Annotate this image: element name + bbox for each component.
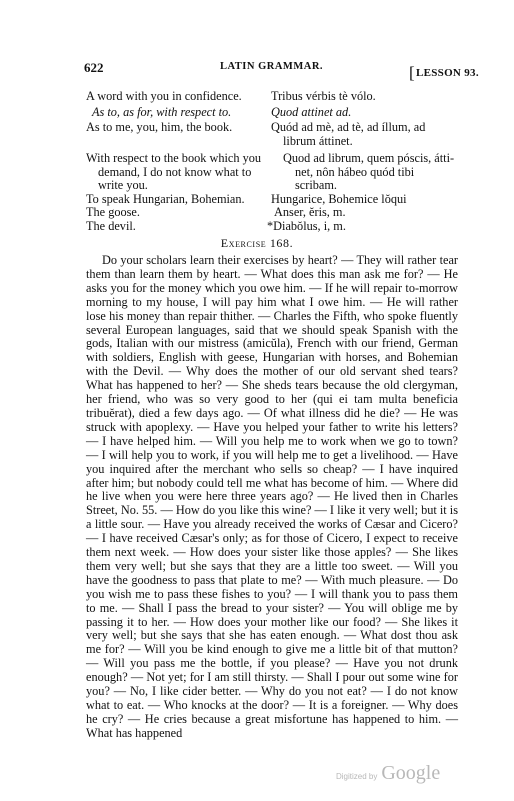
vocab-row: The devil. *Diabŏlus, i, m. — [86, 220, 458, 234]
watermark-prefix: Digitized by — [336, 772, 377, 781]
bracket-glyph: [ — [409, 63, 415, 82]
vocab-row: A word with you in confidence. Tribus vé… — [86, 90, 458, 104]
vocab-latin: Quod ad librum, quem póscis, átti-net, n… — [283, 152, 458, 193]
vocab-row: To speak Hungarian, Bohemian. Hungarice,… — [86, 193, 458, 207]
vocab-row: As to, as for, with respect to. Quod att… — [86, 106, 458, 120]
vocab-row: The goose. Anser, ĕris, m. — [86, 206, 458, 220]
vocab-latin: Quod attinet ad. — [271, 106, 458, 120]
running-title: LATIN GRAMMAR. — [220, 61, 323, 72]
book-page: 622 LATIN GRAMMAR. [LESSON 93. A word wi… — [0, 0, 514, 801]
vocab-english: As to me, you, him, the book. — [86, 121, 271, 148]
vocab-latin: Tribus vérbis tè vólo. — [271, 90, 458, 104]
lesson-number: LESSON 93. — [416, 67, 479, 79]
vocab-latin: Quód ad mè, ad tè, ad íllum, ad librum á… — [271, 121, 458, 148]
vocabulary-list: A word with you in confidence. Tribus vé… — [86, 90, 458, 233]
vocab-latin: *Diabŏlus, i, m. — [267, 220, 458, 234]
vocab-row: With respect to the book which you deman… — [86, 152, 458, 193]
vocab-latin: Hungarice, Bohemice lŏqui — [271, 193, 458, 207]
vocab-english: As to, as for, with respect to. — [86, 106, 271, 120]
vocab-english: To speak Hungarian, Bohemian. — [86, 193, 271, 207]
page-number: 622 — [84, 60, 104, 76]
google-logo: Google — [381, 762, 440, 784]
vocab-latin: Anser, ĕris, m. — [271, 206, 458, 220]
vocab-row: As to me, you, him, the book. Quód ad mè… — [86, 121, 458, 148]
lesson-label: [LESSON 93. — [409, 61, 479, 81]
vocab-english: A word with you in confidence. — [86, 90, 271, 104]
digitized-watermark: Digitized by Google — [336, 762, 440, 785]
vocab-english: The goose. — [86, 206, 271, 220]
vocab-english: The devil. — [86, 220, 271, 234]
exercise-heading: Exercise 168. — [0, 236, 514, 251]
exercise-text: Do your scholars learn their exercises b… — [86, 254, 458, 741]
running-header: 622 LATIN GRAMMAR. [LESSON 93. — [84, 60, 402, 78]
vocab-english: With respect to the book which you deman… — [86, 152, 283, 193]
